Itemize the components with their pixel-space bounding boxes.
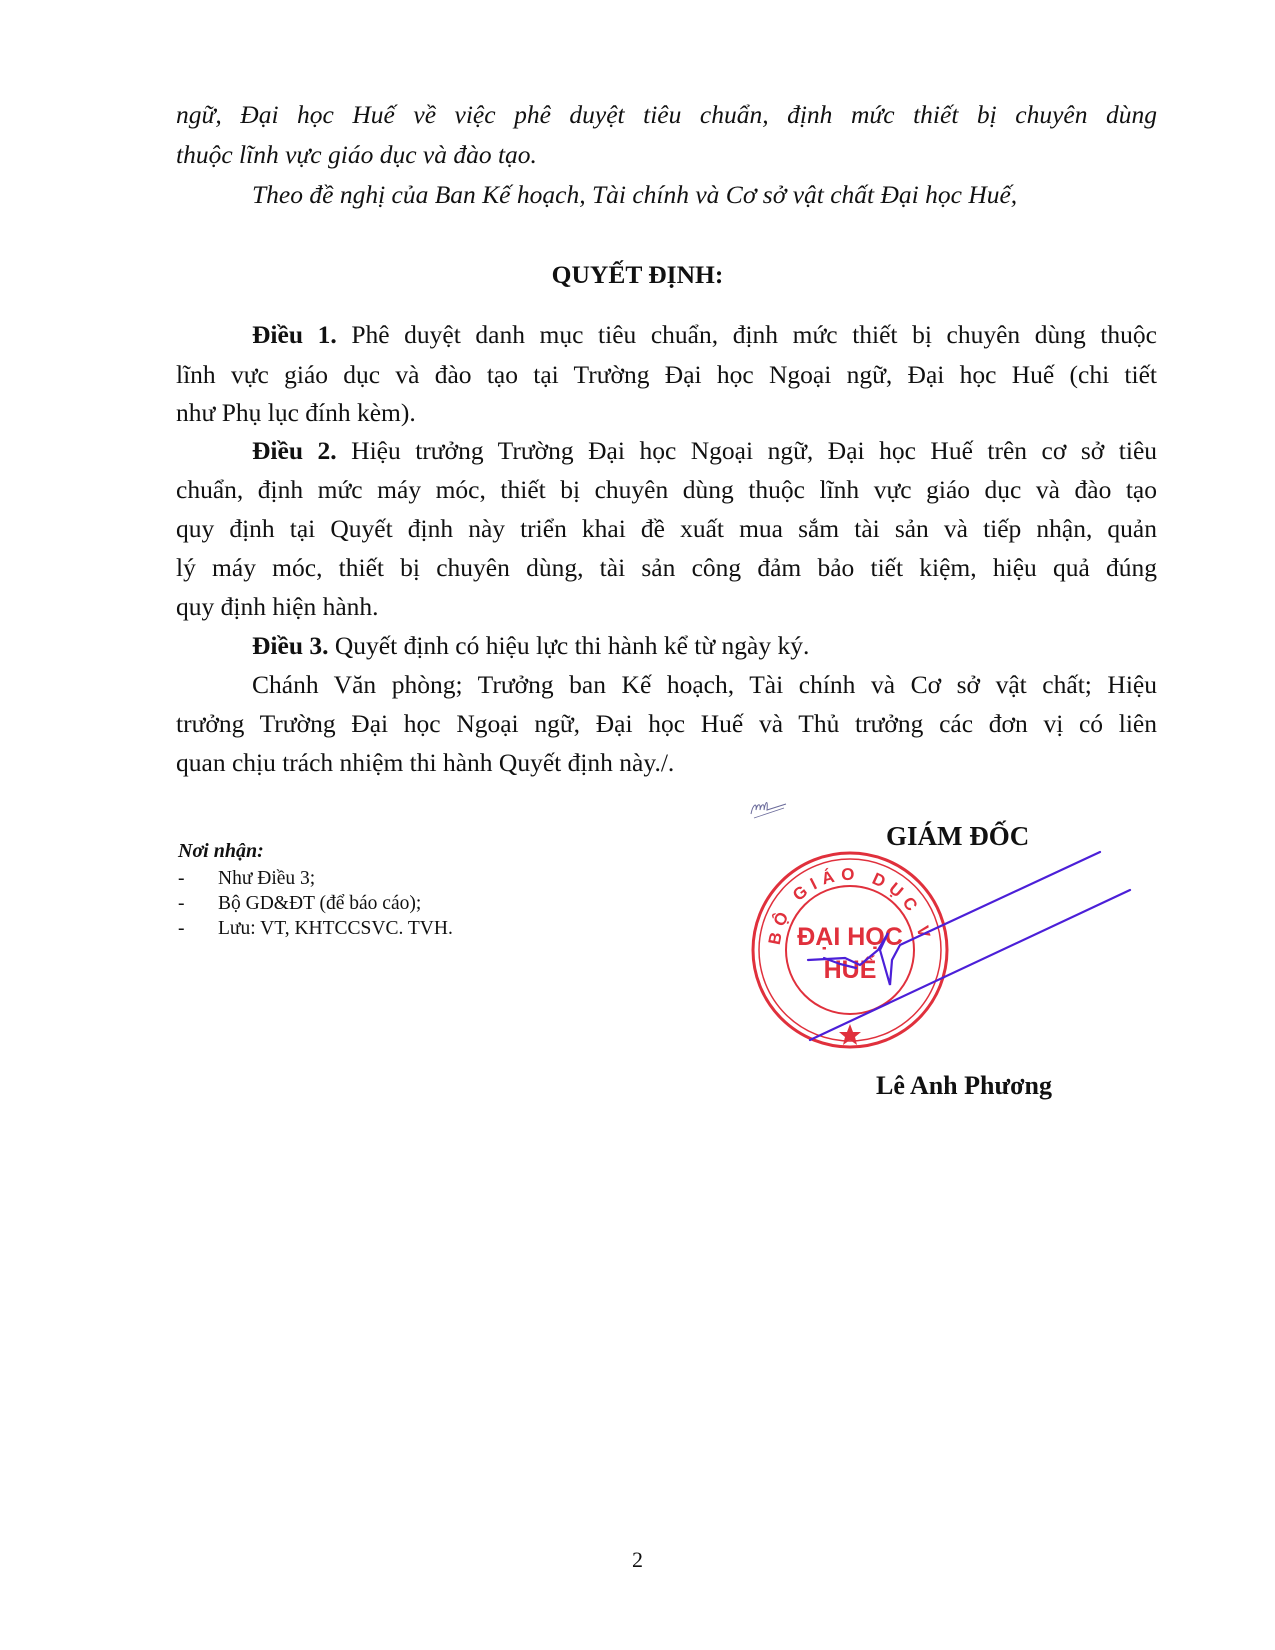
article-1-line-3: như Phụ lục đính kèm). bbox=[176, 393, 1157, 433]
article-2-label: Điều 2. bbox=[252, 436, 337, 465]
closing-line-2: trưởng Trường Đại học Ngoại ngữ, Đại học… bbox=[176, 704, 1157, 744]
initials-scribble-icon bbox=[748, 796, 788, 820]
article-3-line-1: Điều 3. Quyết định có hiệu lực thi hành … bbox=[252, 626, 1157, 666]
bullet-dash: - bbox=[178, 866, 218, 891]
intro-line-1: ngữ, Đại học Huế về việc phê duyệt tiêu … bbox=[176, 95, 1157, 135]
article-2-line-5: quy định hiện hành. bbox=[176, 587, 1157, 627]
recipient-item: -Lưu: VT, KHTCCSVC. TVH. bbox=[178, 916, 453, 941]
stamp-star-icon bbox=[839, 1024, 861, 1045]
article-3-text: Quyết định có hiệu lực thi hành kể từ ng… bbox=[335, 631, 810, 660]
article-1-label: Điều 1. bbox=[252, 320, 337, 349]
closing-line-3: quan chịu trách nhiệm thi hành Quyết địn… bbox=[176, 743, 1157, 783]
bullet-dash: - bbox=[178, 916, 218, 941]
article-2-line-3: quy định tại Quyết định này triển khai đ… bbox=[176, 509, 1157, 549]
intro-line-2: thuộc lĩnh vực giáo dục và đào tạo. bbox=[176, 135, 1157, 175]
official-stamp-icon: BỘ GIÁO DỤC VÀ ĐÀO TẠO ĐẠI HỌC HUẾ bbox=[740, 840, 1140, 1060]
article-3-label: Điều 3. bbox=[252, 631, 329, 660]
proposal-line: Theo đề nghị của Ban Kế hoạch, Tài chính… bbox=[252, 175, 1157, 215]
article-2-text: Hiệu trưởng Trường Đại học Ngoại ngữ, Đạ… bbox=[351, 436, 1157, 465]
recipient-item: -Bộ GD&ĐT (để báo cáo); bbox=[178, 891, 421, 916]
recipients-title: Nơi nhận: bbox=[178, 838, 264, 864]
page-number: 2 bbox=[0, 1545, 1275, 1575]
recipient-item: -Như Điều 3; bbox=[178, 866, 315, 891]
article-1-line-1: Điều 1. Phê duyệt danh mục tiêu chuẩn, đ… bbox=[252, 315, 1157, 355]
article-2-line-2: chuẩn, định mức máy móc, thiết bị chuyên… bbox=[176, 470, 1157, 510]
article-1-text: Phê duyệt danh mục tiêu chuẩn, định mức … bbox=[351, 320, 1157, 349]
article-2-line-4: lý máy móc, thiết bị chuyên dùng, tài sả… bbox=[176, 548, 1157, 588]
closing-line-1: Chánh Văn phòng; Trưởng ban Kế hoạch, Tà… bbox=[252, 665, 1157, 705]
article-2-line-1: Điều 2. Hiệu trưởng Trường Đại học Ngoại… bbox=[252, 431, 1157, 471]
article-1-line-2: lĩnh vực giáo dục và đào tạo tại Trường … bbox=[176, 355, 1157, 395]
decision-heading: QUYẾT ĐỊNH: bbox=[0, 255, 1275, 295]
bullet-dash: - bbox=[178, 891, 218, 916]
signer-name: Lê Anh Phương bbox=[876, 1068, 1052, 1104]
